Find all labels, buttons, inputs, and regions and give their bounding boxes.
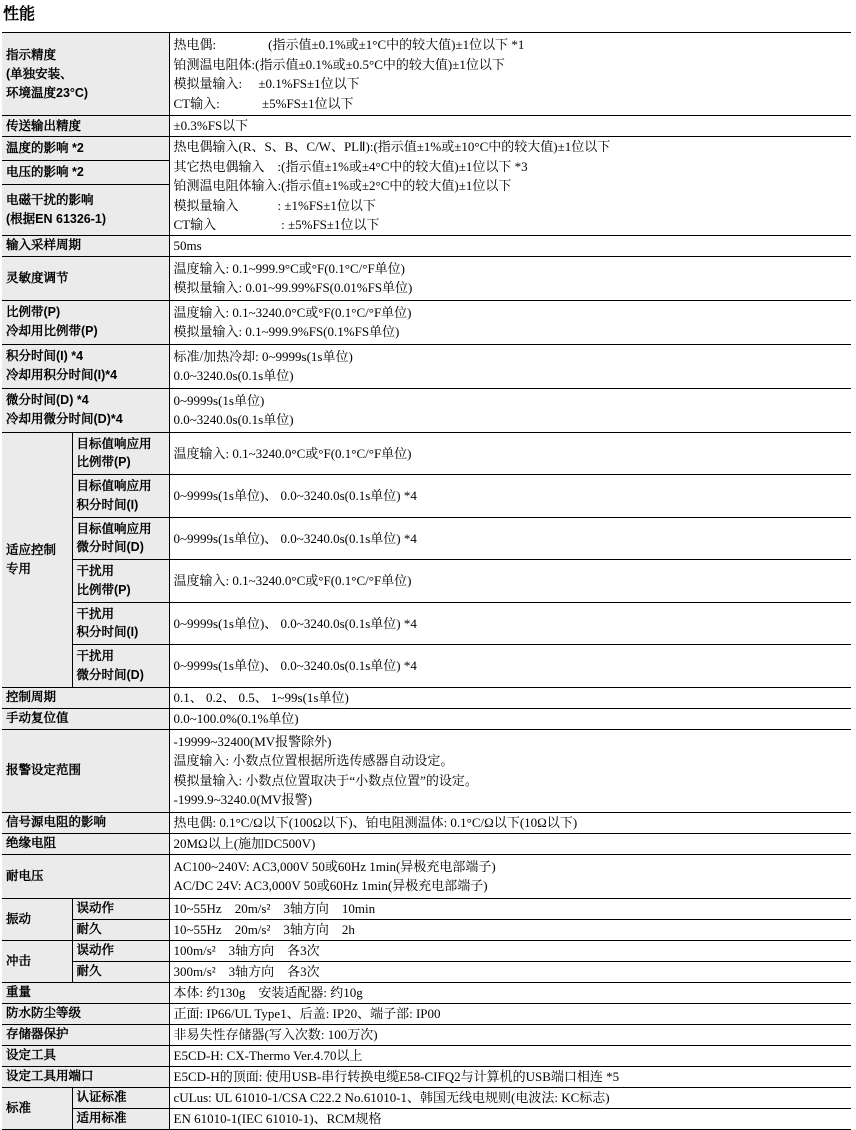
- row-vibration-endurance: 耐久 10~55Hz 20m/s² 3轴方向 2h: [2, 919, 851, 940]
- label-transfer-output-accuracy: 传送输出精度: [2, 116, 169, 137]
- row-adaptive-dist-itime: 干扰用 积分时间(I) 0~9999s(1s单位)、 0.0~3240.0s(0…: [2, 602, 851, 645]
- label-emi-influence: 电磁干扰的影响 (根据EN 61326-1): [2, 185, 169, 236]
- value-adaptive-sp-dtime: 0~9999s(1s单位)、 0.0~3240.0s(0.1s单位) *4: [169, 517, 851, 560]
- label-vibration-malfunction: 误动作: [72, 898, 169, 919]
- row-dielectric-strength: 耐电压 AC100~240V: AC3,000V 50或60Hz 1min(异极…: [2, 854, 851, 898]
- row-adaptive-dist-dtime: 干扰用 微分时间(D) 0~9999s(1s单位)、 0.0~3240.0s(0…: [2, 645, 851, 688]
- spec-table: 指示精度 (单独安装、 环境温度23°C) 热电偶: (指示值±0.1%或±1°…: [2, 32, 851, 1130]
- row-shock-malfunction: 冲击 误动作 100m/s² 3轴方向 各3次: [2, 940, 851, 961]
- label-insulation-resistance: 绝缘电阻: [2, 833, 169, 854]
- value-adaptive-sp-pband: 温度输入: 0.1~3240.0°C或°F(0.1°C/°F单位): [169, 432, 851, 475]
- row-adaptive-sp-itime: 目标值响应用 积分时间(I) 0~9999s(1s单位)、 0.0~3240.0…: [2, 475, 851, 518]
- value-indication-accuracy: 热电偶: (指示值±0.1%或±1°C中的较大值)±1位以下 *1 铂测温电阻体…: [169, 33, 851, 116]
- value-signal-source-resistance: 热电偶: 0.1°C/Ω以下(100Ω以下)、铂电阻测温体: 0.1°C/Ω以下…: [169, 812, 851, 833]
- label-manual-reset: 手动复位值: [2, 708, 169, 729]
- row-adaptive-dist-pband: 干扰用 比例带(P) 温度输入: 0.1~3240.0°C或°F(0.1°C/°…: [2, 560, 851, 603]
- value-adaptive-sp-itime: 0~9999s(1s单位)、 0.0~3240.0s(0.1s单位) *4: [169, 475, 851, 518]
- row-transfer-output-accuracy: 传送输出精度 ±0.3%FS以下: [2, 116, 851, 137]
- label-derivative-time: 微分时间(D) *4 冷却用微分时间(D)*4: [2, 388, 169, 432]
- row-input-sampling-period: 输入采样周期 50ms: [2, 235, 851, 256]
- label-weight: 重量: [2, 982, 169, 1003]
- row-sensitivity: 灵敏度调节 温度输入: 0.1~999.9°C或°F(0.1°C/°F单位) 模…: [2, 256, 851, 300]
- label-adaptive-control-group: 适应控制 专用: [2, 432, 72, 687]
- value-transfer-output-accuracy: ±0.3%FS以下: [169, 116, 851, 137]
- value-control-period: 0.1、 0.2、 0.5、 1~99s(1s单位): [169, 687, 851, 708]
- value-adaptive-dist-itime: 0~9999s(1s单位)、 0.0~3240.0s(0.1s单位) *4: [169, 602, 851, 645]
- value-ip-rating: 正面: IP66/UL Type1、后盖: IP20、端子部: IP00: [169, 1003, 851, 1024]
- value-sensitivity: 温度输入: 0.1~999.9°C或°F(0.1°C/°F单位) 模拟量输入: …: [169, 256, 851, 300]
- row-derivative-time: 微分时间(D) *4 冷却用微分时间(D)*4 0~9999s(1s单位) 0.…: [2, 388, 851, 432]
- label-vibration-endurance: 耐久: [72, 919, 169, 940]
- label-input-sampling-period: 输入采样周期: [2, 235, 169, 256]
- row-setup-tool: 设定工具 E5CD-H: CX-Thermo Ver.4.70以上: [2, 1045, 851, 1066]
- label-adaptive-dist-itime: 干扰用 积分时间(I): [72, 602, 169, 645]
- row-alarm-setting-range: 报警设定范围 -19999~32400(MV报警除外) 温度输入: 小数点位置根…: [2, 729, 851, 812]
- label-shock-group: 冲击: [2, 940, 72, 982]
- value-input-sampling-period: 50ms: [169, 235, 851, 256]
- row-ip-rating: 防水防尘等级 正面: IP66/UL Type1、后盖: IP20、端子部: I…: [2, 1003, 851, 1024]
- value-vibration-endurance: 10~55Hz 20m/s² 3轴方向 2h: [169, 919, 851, 940]
- page-title: 性能: [3, 5, 853, 24]
- row-memory-protection: 存储器保护 非易失性存储器(写入次数: 100万次): [2, 1024, 851, 1045]
- label-voltage-influence: 电压的影响 *2: [2, 161, 169, 185]
- value-adaptive-dist-dtime: 0~9999s(1s单位)、 0.0~3240.0s(0.1s单位) *4: [169, 645, 851, 688]
- row-integral-time: 积分时间(I) *4 冷却用积分时间(I)*4 标准/加热冷却: 0~9999s…: [2, 344, 851, 388]
- value-dielectric-strength: AC100~240V: AC3,000V 50或60Hz 1min(异极充电部端…: [169, 854, 851, 898]
- label-proportional-band: 比例带(P) 冷却用比例带(P): [2, 300, 169, 344]
- value-shock-endurance: 300m/s² 3轴方向 各3次: [169, 961, 851, 982]
- value-manual-reset: 0.0~100.0%(0.1%单位): [169, 708, 851, 729]
- label-standards-group: 标准: [2, 1087, 72, 1129]
- row-applicable-standards: 适用标准 EN 61010-1(IEC 61010-1)、RCM规格: [2, 1108, 851, 1129]
- row-insulation-resistance: 绝缘电阻 20MΩ以上(施加DC500V): [2, 833, 851, 854]
- label-certified-standards: 认证标准: [72, 1087, 169, 1108]
- value-derivative-time: 0~9999s(1s单位) 0.0~3240.0s(0.1s单位): [169, 388, 851, 432]
- label-setup-tool: 设定工具: [2, 1045, 169, 1066]
- label-ip-rating: 防水防尘等级: [2, 1003, 169, 1024]
- label-dielectric-strength: 耐电压: [2, 854, 169, 898]
- value-setup-tool: E5CD-H: CX-Thermo Ver.4.70以上: [169, 1045, 851, 1066]
- value-weight: 本体: 约130g 安装适配器: 约10g: [169, 982, 851, 1003]
- label-memory-protection: 存储器保护: [2, 1024, 169, 1045]
- row-vibration-malfunction: 振动 误动作 10~55Hz 20m/s² 3轴方向 10min: [2, 898, 851, 919]
- spec-page: 性能 指示精度 (单独安装、 环境温度23°C) 热电偶: (指示值±0.1%或…: [0, 0, 856, 1130]
- label-indication-accuracy: 指示精度 (单独安装、 环境温度23°C): [2, 33, 169, 116]
- label-adaptive-sp-dtime: 目标值响应用 微分时间(D): [72, 517, 169, 560]
- row-control-period: 控制周期 0.1、 0.2、 0.5、 1~99s(1s单位): [2, 687, 851, 708]
- label-shock-malfunction: 误动作: [72, 940, 169, 961]
- value-alarm-setting-range: -19999~32400(MV报警除外) 温度输入: 小数点位置根据所选传感器自…: [169, 729, 851, 812]
- value-memory-protection: 非易失性存储器(写入次数: 100万次): [169, 1024, 851, 1045]
- label-adaptive-dist-pband: 干扰用 比例带(P): [72, 560, 169, 603]
- row-adaptive-sp-pband: 适应控制 专用 目标值响应用 比例带(P) 温度输入: 0.1~3240.0°C…: [2, 432, 851, 475]
- label-sensitivity: 灵敏度调节: [2, 256, 169, 300]
- row-adaptive-sp-dtime: 目标值响应用 微分时间(D) 0~9999s(1s单位)、 0.0~3240.0…: [2, 517, 851, 560]
- label-temperature-influence: 温度的影响 *2: [2, 137, 169, 161]
- label-signal-source-resistance: 信号源电阻的影响: [2, 812, 169, 833]
- value-adaptive-dist-pband: 温度输入: 0.1~3240.0°C或°F(0.1°C/°F单位): [169, 560, 851, 603]
- row-proportional-band: 比例带(P) 冷却用比例带(P) 温度输入: 0.1~3240.0°C或°F(0…: [2, 300, 851, 344]
- label-vibration-group: 振动: [2, 898, 72, 940]
- label-integral-time: 积分时间(I) *4 冷却用积分时间(I)*4: [2, 344, 169, 388]
- value-integral-time: 标准/加热冷却: 0~9999s(1s单位) 0.0~3240.0s(0.1s单…: [169, 344, 851, 388]
- label-adaptive-sp-itime: 目标值响应用 积分时间(I): [72, 475, 169, 518]
- label-adaptive-dist-dtime: 干扰用 微分时间(D): [72, 645, 169, 688]
- value-setup-tool-port: E5CD-H的顶面: 使用USB-串行转换电缆E58-CIFQ2与计算机的USB…: [169, 1066, 851, 1087]
- label-applicable-standards: 适用标准: [72, 1108, 169, 1129]
- value-proportional-band: 温度输入: 0.1~3240.0°C或°F(0.1°C/°F单位) 模拟量输入:…: [169, 300, 851, 344]
- label-control-period: 控制周期: [2, 687, 169, 708]
- label-setup-tool-port: 设定工具用端口: [2, 1066, 169, 1087]
- row-manual-reset: 手动复位值 0.0~100.0%(0.1%单位): [2, 708, 851, 729]
- value-shock-malfunction: 100m/s² 3轴方向 各3次: [169, 940, 851, 961]
- row-weight: 重量 本体: 约130g 安装适配器: 约10g: [2, 982, 851, 1003]
- label-adaptive-sp-pband: 目标值响应用 比例带(P): [72, 432, 169, 475]
- label-alarm-setting-range: 报警设定范围: [2, 729, 169, 812]
- value-applicable-standards: EN 61010-1(IEC 61010-1)、RCM规格: [169, 1108, 851, 1129]
- row-certified-standards: 标准 认证标准 cULus: UL 61010-1/CSA C22.2 No.6…: [2, 1087, 851, 1108]
- row-signal-source-resistance: 信号源电阻的影响 热电偶: 0.1°C/Ω以下(100Ω以下)、铂电阻测温体: …: [2, 812, 851, 833]
- value-insulation-resistance: 20MΩ以上(施加DC500V): [169, 833, 851, 854]
- value-certified-standards: cULus: UL 61010-1/CSA C22.2 No.61010-1、韩…: [169, 1087, 851, 1108]
- label-shock-endurance: 耐久: [72, 961, 169, 982]
- value-vibration-malfunction: 10~55Hz 20m/s² 3轴方向 10min: [169, 898, 851, 919]
- row-setup-tool-port: 设定工具用端口 E5CD-H的顶面: 使用USB-串行转换电缆E58-CIFQ2…: [2, 1066, 851, 1087]
- value-influence-merged: 热电偶输入(R、S、B、C/W、PLⅡ):(指示值±1%或±10°C中的较大值)…: [169, 137, 851, 236]
- row-temperature-influence: 温度的影响 *2 热电偶输入(R、S、B、C/W、PLⅡ):(指示值±1%或±1…: [2, 137, 851, 161]
- row-indication-accuracy: 指示精度 (单独安装、 环境温度23°C) 热电偶: (指示值±0.1%或±1°…: [2, 33, 851, 116]
- row-shock-endurance: 耐久 300m/s² 3轴方向 各3次: [2, 961, 851, 982]
